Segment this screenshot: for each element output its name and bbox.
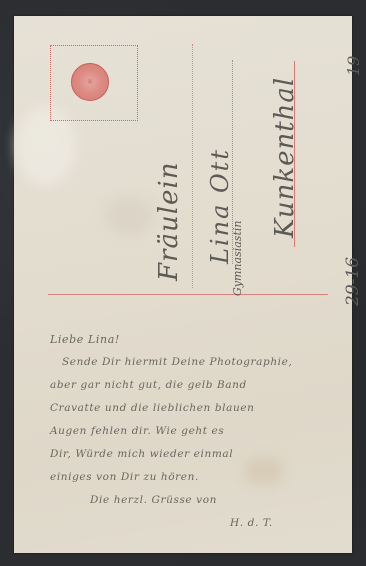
- message-line: Cravatte und die lieblichen blauen: [50, 397, 355, 420]
- postcard: ☼ Fräulein Lina Ott Gymnasiastin Kunkent…: [14, 16, 352, 553]
- address-occupation: Gymnasiastin: [231, 221, 244, 296]
- address-name: Lina Ott: [206, 148, 234, 264]
- message-line: aber gar nicht gut, die gelb Band: [50, 374, 355, 397]
- corner-number: 19: [344, 56, 363, 76]
- message-line: Augen fehlen dir. Wie geht es: [50, 420, 355, 443]
- message-divider-line: [48, 294, 328, 295]
- address-salutation: Fräulein: [154, 162, 184, 281]
- handwritten-message: Liebe Lina! Sende Dir hiermit Deine Phot…: [50, 328, 355, 535]
- stamp-seal-icon: ☼: [71, 63, 109, 101]
- message-closing: Die herzl. Grüsse von: [90, 489, 355, 512]
- message-line: Sende Dir hiermit Deine Photographie,: [50, 351, 355, 374]
- date-note: 29-16: [343, 257, 363, 306]
- message-line: Dir, Würde mich wieder einmal: [50, 443, 355, 466]
- address-town: Kunkenthal: [270, 77, 300, 238]
- address-divider-line: [192, 44, 193, 288]
- message-line: einiges von Dir zu hören.: [50, 466, 355, 489]
- message-signature: H. d. T.: [230, 512, 355, 535]
- message-greeting: Liebe Lina!: [50, 328, 355, 351]
- paper-stain: [104, 196, 154, 236]
